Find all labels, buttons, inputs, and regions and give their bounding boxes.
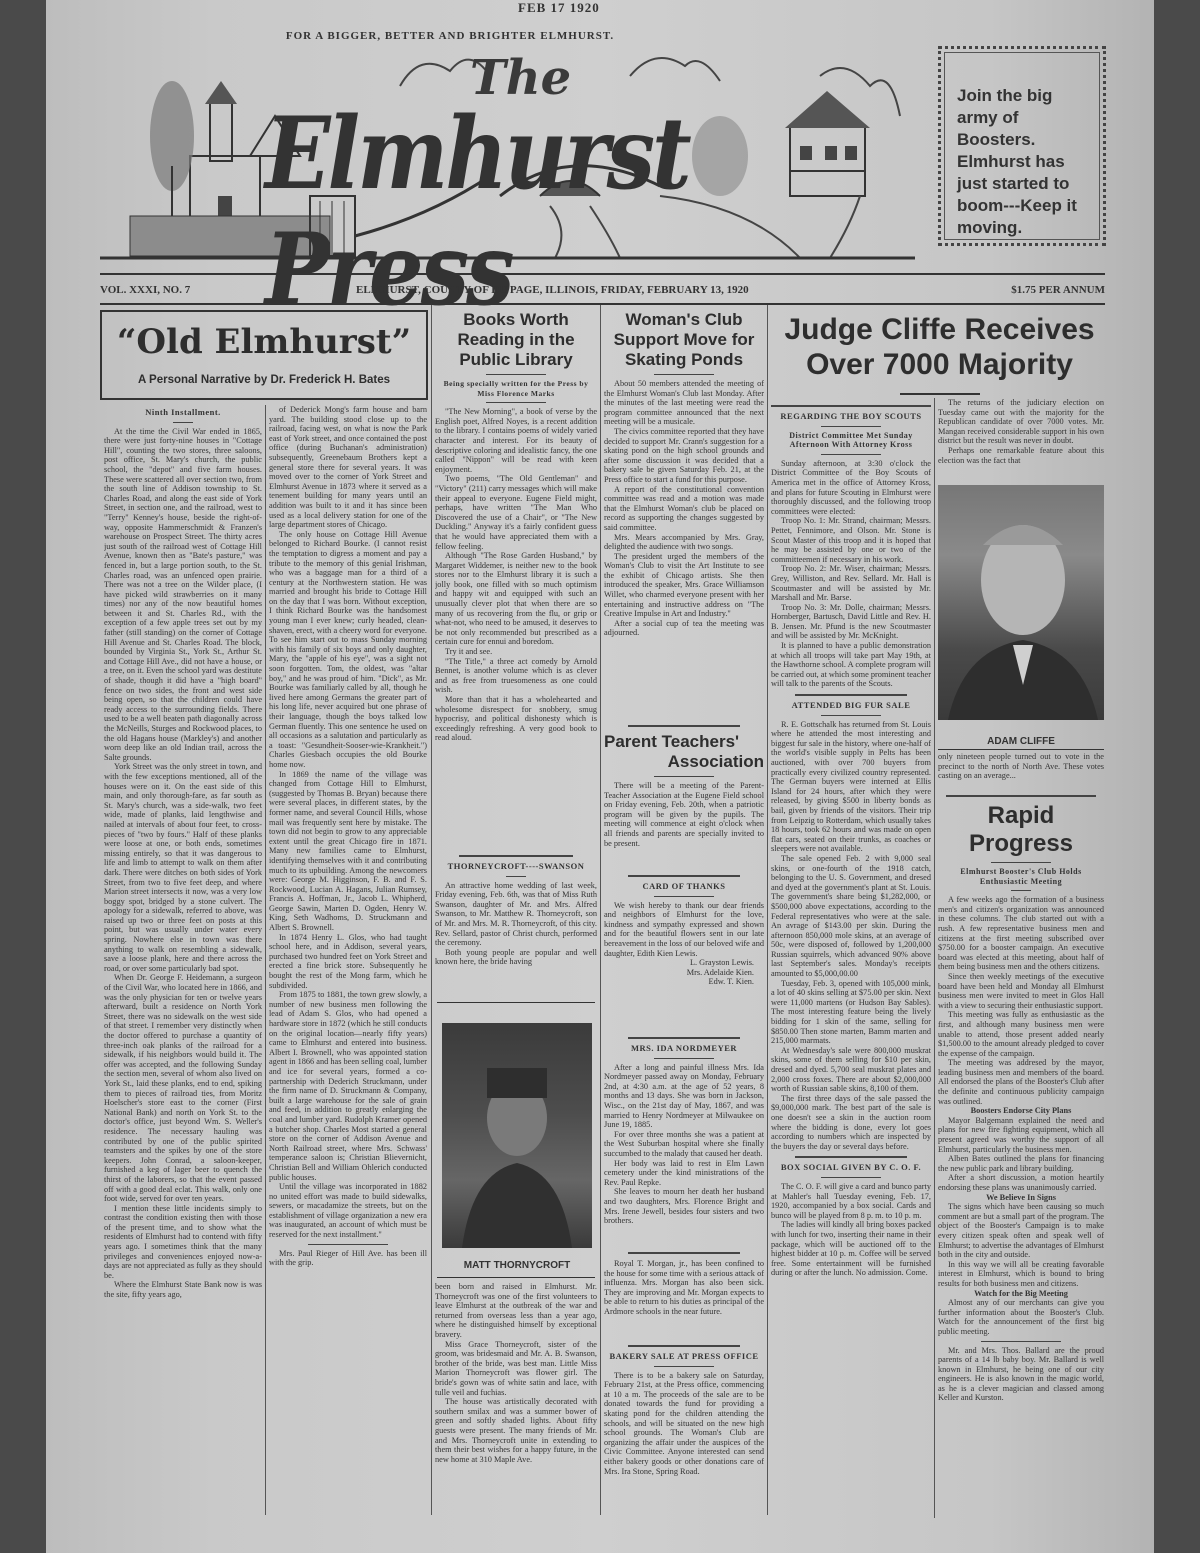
article-paragraph: A report of the constitutional conventio…: [604, 485, 764, 533]
article-paragraph: In this way we will all be creating favo…: [938, 1260, 1104, 1289]
fur-sale-headline: ATTENDED BIG FUR SALE: [771, 701, 931, 711]
article-paragraph: Troop No. 3: Mr. Dolle, chairman; Messrs…: [771, 603, 931, 641]
article-paragraph: Sunday afternoon, at 3:30 o'clock the Di…: [771, 459, 931, 517]
article-paragraph: I mention these little incidents simply …: [104, 1204, 262, 1281]
rapid-progress-subhead-3: Watch for the Big Meeting: [938, 1289, 1104, 1299]
column-divider: [431, 305, 432, 1515]
divider: [938, 749, 1104, 750]
box-social-headline: BOX SOCIAL GIVEN BY C. O. F.: [771, 1163, 931, 1173]
column-divider: [934, 398, 935, 1518]
article-paragraph: of Dederick Mong's farm house and barn y…: [269, 405, 427, 530]
divider: [628, 1345, 740, 1347]
article-paragraph: The ladies will kindly all bring boxes p…: [771, 1220, 931, 1278]
bakery-sale-headline: BAKERY SALE AT PRESS OFFICE: [604, 1352, 764, 1362]
rapid-progress-subhead-2: We Believe In Signs: [938, 1193, 1104, 1203]
divider: [795, 694, 907, 696]
matt-thornycroft-caption: MATT THORNYCROFT: [437, 1260, 597, 1271]
masthead-rule: [100, 273, 1105, 275]
boy-scouts-subhead: District Committee Met Sunday Afternoon …: [771, 431, 931, 450]
morgan-item: Royal T. Morgan, jr., has been confined …: [604, 1247, 764, 1342]
cliffe-continued: only nineteen people turned out to vote …: [938, 752, 1104, 792]
article-paragraph: Where the Elmhurst State Bank now is was…: [104, 1280, 262, 1299]
subscription-price: $1.75 PER ANNUM: [1011, 284, 1105, 296]
rapid-progress-subhead: Elmhurst Booster's Club Holds Enthusiast…: [938, 867, 1104, 886]
article-paragraph: The signs which have been causing so muc…: [938, 1202, 1104, 1260]
rapid-progress-column: Rapid Progress Elmhurst Booster's Club H…: [938, 790, 1104, 1540]
womans-club-headline: Woman's Club Support Move for Skating Po…: [604, 310, 764, 370]
article-paragraph: Try it and see.: [435, 647, 597, 657]
article-paragraph: A few weeks ago the formation of a busin…: [938, 895, 1104, 972]
article-paragraph: been born and raised in Elmhurst. Mr. Th…: [435, 1282, 597, 1340]
card-of-thanks-headline: CARD OF THANKS: [604, 882, 764, 892]
article-paragraph: From 1875 to 1881, the town grew slowly,…: [269, 990, 427, 1182]
divider: [1011, 890, 1031, 891]
article-paragraph: For over three months she was a patient …: [604, 1130, 764, 1159]
article-paragraph: In 1869 the name of the village was chan…: [269, 770, 427, 933]
portrait-icon: [442, 1023, 592, 1248]
article-paragraph: The civics committee reported that they …: [604, 427, 764, 485]
article-paragraph: After a short discussion, a motion heart…: [938, 1173, 1104, 1192]
article-paragraph: The first three days of the sale passed …: [771, 1094, 931, 1152]
boy-scouts-headline: REGARDING THE BOY SCOUTS: [771, 412, 931, 422]
article-paragraph: Both young people are popular and well k…: [435, 948, 597, 967]
article-paragraph: only nineteen people turned out to vote …: [938, 752, 1104, 781]
column-divider: [265, 405, 266, 1515]
article-paragraph: Mrs. Mears accompanied by Mrs. Gray, del…: [604, 533, 764, 552]
masthead: The Elmhurst Press: [100, 46, 915, 260]
article-paragraph: After a social cup of tea the meeting wa…: [604, 619, 764, 638]
article-paragraph: There is to be a bakery sale on Saturday…: [604, 1371, 764, 1477]
pta-headline-1: Parent Teachers': [604, 732, 764, 752]
divider: [506, 876, 526, 877]
card-of-thanks: CARD OF THANKS We wish hereby to thank o…: [604, 870, 764, 1040]
article-paragraph: Mrs. Paul Rieger of Hill Ave. has been i…: [269, 1249, 427, 1268]
slogan: FOR A BIGGER, BETTER AND BRIGHTER ELMHUR…: [100, 30, 800, 42]
cliffe-article: The returns of the judiciary election on…: [938, 398, 1104, 478]
divider: [173, 422, 193, 423]
signature: L. Grayston Lewis.: [604, 958, 764, 968]
article-paragraph: Her body was laid to rest in Elm Lawn ce…: [604, 1159, 764, 1188]
boy-scouts-column: REGARDING THE BOY SCOUTS District Commit…: [771, 400, 931, 1540]
dateline-bar: VOL. XXXI, NO. 7 ELMHURST, COUNTY OF DU …: [100, 284, 1105, 302]
rapid-progress-headline: Rapid Progress: [938, 802, 1104, 858]
divider: [654, 1058, 714, 1059]
divider: [459, 855, 572, 857]
pta-article: Parent Teachers' Association There will …: [604, 720, 764, 870]
divider: [628, 1252, 740, 1254]
article-paragraph: Since then weekly meetings of the execut…: [938, 972, 1104, 1010]
dateline: ELMHURST, COUNTY OF DU PAGE, ILLINOIS, F…: [356, 284, 749, 296]
article-paragraph: Almost any of our merchants can give you…: [938, 1298, 1104, 1336]
divider: [821, 454, 881, 455]
books-byline: Being specially written for the Press by…: [435, 379, 597, 398]
article-paragraph: After a long and painful illness Mrs. Id…: [604, 1063, 764, 1130]
article-paragraph: The returns of the judiciary election on…: [938, 398, 1104, 446]
divider: [654, 896, 714, 897]
divider: [654, 1366, 714, 1367]
article-paragraph: The only house on Cottage Hill Avenue be…: [269, 530, 427, 770]
divider: [437, 1277, 595, 1278]
old-elmhurst-column-1: Ninth Installment. At the time the Civil…: [104, 405, 262, 1543]
divider: [821, 426, 881, 427]
article-paragraph: Troop No. 2: Mr. Wiser, chairman; Messrs…: [771, 564, 931, 602]
divider: [981, 1341, 1061, 1342]
adam-cliffe-photo: [938, 485, 1104, 720]
old-elmhurst-headbox: “Old Elmhurst” A Personal Narrative by D…: [100, 310, 428, 400]
divider: [486, 402, 546, 403]
old-elmhurst-headline: “Old Elmhurst”: [102, 322, 426, 362]
cliffe-headline: Judge Cliffe Receives Over 7000 Majority: [772, 312, 1107, 382]
article-paragraph: About 50 members attended the meeting of…: [604, 379, 764, 427]
wedding-continued: been born and raised in Elmhurst. Mr. Th…: [435, 1282, 597, 1542]
article-paragraph: The president urged the members of the W…: [604, 552, 764, 619]
article-paragraph: Royal T. Morgan, jr., has been confined …: [604, 1259, 764, 1317]
divider: [654, 776, 714, 777]
divider: [486, 374, 546, 375]
nordmeyer-obituary: MRS. IDA NORDMEYER After a long and pain…: [604, 1032, 764, 1247]
divider: [628, 1037, 740, 1039]
booster-box: Join the big army of Boosters. Elmhurst …: [938, 46, 1106, 246]
article-paragraph: It is planned to have a public demonstra…: [771, 641, 931, 689]
article-paragraph: York Street was the only street in town,…: [104, 762, 262, 973]
divider: [771, 405, 931, 407]
pta-headline-2: Association: [604, 752, 764, 772]
article-paragraph: The meeting was addresed by the mayor, l…: [938, 1058, 1104, 1106]
volume-number: VOL. XXXI, NO. 7: [100, 284, 190, 296]
article-paragraph: Although "The Rose Garden Husband," by M…: [435, 551, 597, 647]
article-paragraph: Mayor Balgemann explained the need and p…: [938, 1116, 1104, 1154]
installment-label: Ninth Installment.: [104, 408, 262, 418]
article-paragraph: At Wednesday's sale were 800,000 muskrat…: [771, 1046, 931, 1094]
signature: Edw. T. Kien.: [604, 977, 764, 987]
article-paragraph: The C. O. F. will give a card and bunco …: [771, 1182, 931, 1220]
divider: [308, 1244, 388, 1245]
article-paragraph: At the time the Civil War ended in 1865,…: [104, 427, 262, 763]
divider: [821, 1177, 881, 1178]
old-elmhurst-column-2: of Dederick Mong's farm house and barn y…: [269, 405, 427, 1543]
portrait-icon: [938, 485, 1104, 720]
bakery-sale-article: BAKERY SALE AT PRESS OFFICE There is to …: [604, 1340, 764, 1540]
article-paragraph: Miss Grace Thorneycroft, sister of the g…: [435, 1340, 597, 1398]
divider: [628, 725, 740, 727]
dateline-rule: [100, 303, 1105, 305]
article-paragraph: "The Title," a three act comedy by Arnol…: [435, 657, 597, 695]
divider: [991, 862, 1051, 863]
column-divider: [600, 305, 601, 1515]
article-paragraph: There will be a meeting of the Parent-Te…: [604, 781, 764, 848]
article-paragraph: Two poems, "The Old Gentleman" and "Vict…: [435, 474, 597, 551]
date-stamp: FEB 17 1920: [518, 0, 600, 16]
article-paragraph: We wish hereby to thank our dear friends…: [604, 901, 764, 959]
nordmeyer-headline: MRS. IDA NORDMEYER: [604, 1044, 764, 1054]
article-paragraph: The house was artistically decorated wit…: [435, 1397, 597, 1464]
divider: [437, 1002, 595, 1003]
matt-thornycroft-photo: [442, 1023, 592, 1248]
article-paragraph: "The New Morning", a book of verse by th…: [435, 407, 597, 474]
column-divider: [767, 305, 768, 1515]
adam-cliffe-caption: ADAM CLIFFE: [938, 736, 1104, 747]
article-paragraph: Troop No. 1: Mr. Strand, chairman; Messr…: [771, 516, 931, 564]
rapid-progress-subhead-1: Boosters Endorse City Plans: [938, 1106, 1104, 1116]
cliffe-headline-line-2: Over 7000 Majority: [772, 347, 1107, 382]
books-headline: Books Worth Reading in the Public Librar…: [435, 310, 597, 370]
old-elmhurst-byline: A Personal Narrative by Dr. Frederick H.…: [102, 374, 426, 386]
divider: [654, 374, 714, 375]
signature: Mrs. Adelaide Kien.: [604, 968, 764, 978]
article-paragraph: She leaves to mourn her death her husban…: [604, 1187, 764, 1225]
article-paragraph: Alben Bates outlined the plans for finan…: [938, 1154, 1104, 1173]
article-paragraph: An attractive home wedding of last week,…: [435, 881, 597, 948]
article-paragraph: Perhaps one remarkable feature about thi…: [938, 446, 1104, 465]
article-paragraph: When Dr. George F. Heidemann, a surgeon …: [104, 973, 262, 1203]
divider: [946, 795, 1095, 797]
article-paragraph: More than that it has a wholehearted and…: [435, 695, 597, 743]
divider: [900, 393, 980, 395]
article-paragraph: In 1874 Henry L. Glos, who had taught sc…: [269, 933, 427, 991]
cliffe-headline-line-1: Judge Cliffe Receives: [772, 312, 1107, 347]
article-paragraph: R. E. Gottschalk has returned from St. L…: [771, 720, 931, 854]
article-paragraph: The sale opened Feb. 2 with 9,000 seal s…: [771, 854, 931, 979]
womans-club-column: Woman's Club Support Move for Skating Po…: [604, 310, 764, 720]
wedding-article: THORNEYCROFT----SWANSON An attractive ho…: [435, 850, 597, 1020]
article-paragraph: This meeting was fully as enthusiastic a…: [938, 1010, 1104, 1058]
article-paragraph: Tuesday, Feb. 3, opened with 105,000 min…: [771, 979, 931, 1046]
article-paragraph: Until the village was incorporated in 18…: [269, 1182, 427, 1240]
books-column: Books Worth Reading in the Public Librar…: [435, 310, 597, 850]
article-paragraph: Mr. and Mrs. Thos. Ballard are the proud…: [938, 1346, 1104, 1404]
divider: [795, 1156, 907, 1158]
divider: [628, 875, 740, 877]
wedding-headline: THORNEYCROFT----SWANSON: [435, 862, 597, 872]
divider: [821, 715, 881, 716]
